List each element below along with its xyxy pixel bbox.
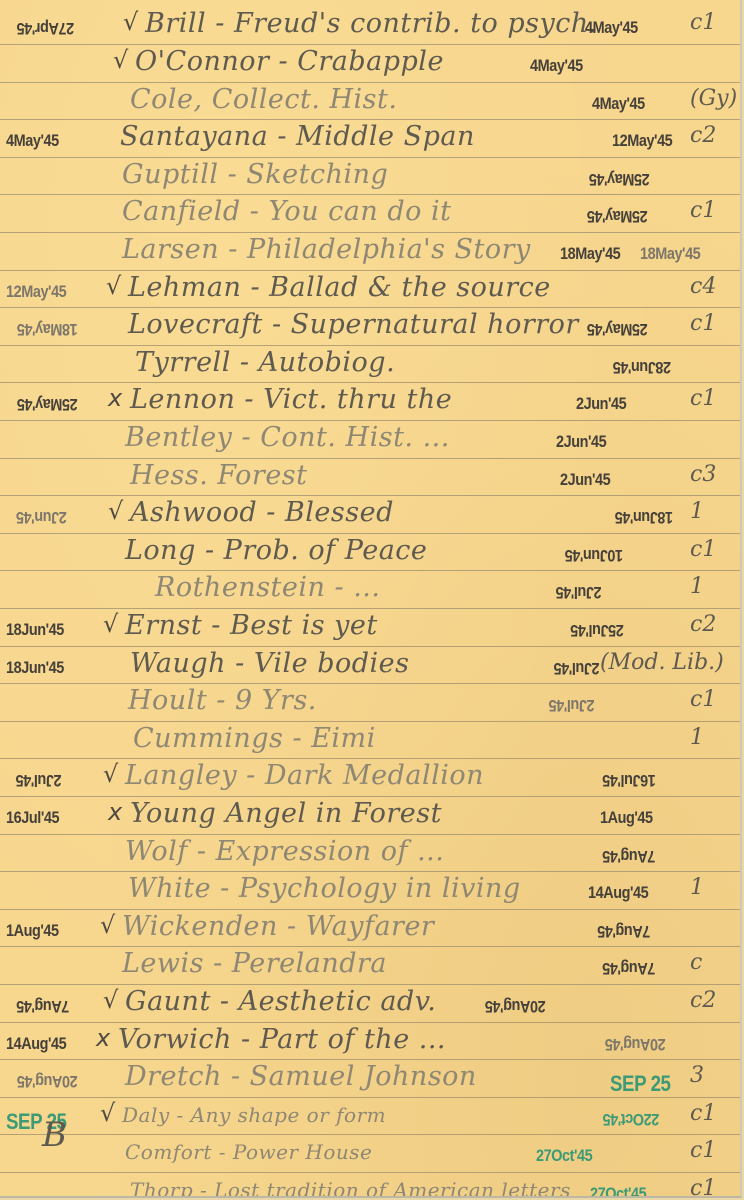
ruled-line: [0, 758, 740, 759]
ruled-line: [0, 345, 740, 346]
ruled-line: [0, 1172, 740, 1173]
date-stamp-right: 16Jul'45: [603, 770, 656, 790]
ruled-line: [0, 796, 740, 797]
ledger-entry: O'Connor - Crabapple: [135, 46, 444, 77]
ledger-entry: Vorwich - Part of the ...: [118, 1024, 446, 1055]
date-stamp-right: 25May'45: [589, 169, 649, 189]
entry-suffix: 1: [690, 499, 704, 524]
ledger-entry: Hess. Forest: [130, 460, 308, 491]
date-stamp-right: 2Jun'45: [560, 470, 610, 490]
ledger-entry: Santayana - Middle Span: [120, 121, 475, 152]
date-stamp-right: 18Jun'45: [615, 507, 673, 527]
ruled-line: [0, 533, 740, 534]
entry-suffix: c2: [690, 123, 716, 148]
date-stamp-right: 20Aug'45: [605, 1034, 665, 1054]
date-stamp-left: 25May'45: [17, 394, 77, 414]
ledger-entry: Wickenden - Wayfarer: [122, 911, 434, 942]
entry-suffix: c1: [690, 537, 716, 562]
date-stamp-right: 27Oct'45: [536, 1146, 592, 1166]
date-stamp-left: 2Jul'45: [16, 770, 61, 790]
entry-suffix: c: [690, 950, 702, 975]
ledger-entry: Cole, Collect. Hist.: [130, 84, 397, 115]
ledger-entry: Hoult - 9 Yrs.: [128, 685, 317, 716]
date-stamp-right: 2Jul'45: [556, 582, 601, 602]
date-stamp-left: 12May'45: [6, 282, 66, 302]
cross-mark-icon: x: [96, 1024, 110, 1052]
entry-suffix: c1: [690, 687, 716, 712]
ledger-entry: Lewis - Perelandra: [122, 948, 387, 979]
ledger-entry: Young Angel in Forest: [130, 798, 442, 829]
date-stamp-right: 10Jun'45: [565, 545, 623, 565]
ruled-line: [0, 871, 740, 872]
ruled-line: [0, 1134, 740, 1135]
ruled-line: [0, 495, 740, 496]
check-mark-icon: √: [103, 610, 118, 638]
ledger-entry: Brill - Freud's contrib. to psych.: [145, 8, 598, 39]
ruled-line: [0, 570, 740, 571]
ledger-entry: White - Psychology in living: [128, 873, 521, 904]
date-stamp-right: 4May'45: [530, 56, 583, 76]
date-stamp-left: 1Aug'45: [6, 921, 59, 941]
entry-suffix: 1: [690, 875, 704, 900]
date-stamp-left: 20Aug'45: [17, 1071, 77, 1091]
ruled-line: [0, 909, 740, 910]
entry-suffix: 3: [690, 1063, 704, 1088]
ledger-entry: Gaunt - Aesthetic adv.: [125, 986, 436, 1017]
check-mark-icon: √: [113, 46, 128, 74]
ledger-entry: Lehman - Ballad & the source: [128, 272, 551, 303]
date-stamp-right: 18May'45: [560, 244, 620, 264]
cross-mark-icon: x: [108, 798, 122, 826]
check-mark-icon: √: [106, 272, 121, 300]
entry-suffix: c3: [690, 462, 716, 487]
date-stamp-left: 18May'45: [17, 319, 77, 339]
ledger-entry: Lovecraft - Supernatural horror: [128, 309, 579, 340]
ruled-line: [0, 232, 740, 233]
ruled-line: [0, 458, 740, 459]
ledger-entry: Cummings - Eimi: [133, 723, 376, 754]
ledger-entry: Daly - Any shape or form: [122, 1103, 386, 1127]
date-stamp-right: 25May'45: [587, 206, 647, 226]
date-stamp-left: 7Aug'45: [17, 996, 70, 1016]
date-stamp-left: 2Jun'45: [16, 507, 66, 527]
date-stamp-left: 4May'45: [6, 131, 59, 151]
ruled-line: [0, 1059, 740, 1060]
ruled-line: [0, 382, 740, 383]
cross-mark-icon: x: [108, 384, 122, 412]
date-stamp-left: 18Jun'45: [6, 620, 64, 640]
ruled-line: [0, 420, 740, 421]
margin-note: B: [42, 1115, 67, 1155]
ledger-entry: Thorp - Lost tradition of American lette…: [130, 1178, 571, 1198]
ruled-line: [0, 946, 740, 947]
check-mark-icon: √: [100, 1099, 115, 1127]
ledger-entry: Guptill - Sketching: [122, 159, 388, 190]
entry-suffix: c1: [690, 386, 716, 411]
date-stamp-right: 7Aug'45: [598, 921, 651, 941]
date-stamp-right: 27Oct'45: [590, 1184, 646, 1198]
ledger-entry: Ernst - Best is yet: [125, 610, 378, 641]
entry-suffix: c1: [690, 1138, 716, 1163]
ledger-entry: Rothenstein - ...: [155, 572, 380, 603]
entry-suffix: c1: [690, 1101, 716, 1126]
date-stamp-right: 2Jul'45: [554, 658, 599, 678]
date-stamp-right: 2Jul'45: [549, 695, 594, 715]
entry-suffix: c2: [690, 988, 716, 1013]
ruled-line: [0, 44, 740, 45]
ruled-line: [0, 119, 740, 120]
date-stamp-right: 7Aug'45: [603, 958, 656, 978]
date-stamp-right: 4May'45: [585, 18, 638, 38]
ruled-line: [0, 984, 740, 985]
ledger-entry: Dretch - Samuel Johnson: [125, 1061, 477, 1092]
ruled-line: [0, 194, 740, 195]
date-stamp-right: 1Aug'45: [600, 808, 653, 828]
entry-suffix: c1: [690, 1176, 716, 1198]
ledger-entry: Long - Prob. of Peace: [125, 535, 427, 566]
date-stamp-right: 22Oct'45: [603, 1109, 659, 1129]
ledger-entry: Lennon - Vict. thru the: [130, 384, 452, 415]
date-stamp-right: 20Aug'45: [485, 996, 545, 1016]
ledger-entry: Comfort - Power House: [125, 1140, 372, 1164]
date-stamp-right: 4May'45: [592, 94, 645, 114]
ruled-line: [0, 270, 740, 271]
entry-suffix: c2: [690, 612, 716, 637]
ledger-entry: Langley - Dark Medallion: [125, 760, 484, 791]
entry-suffix: c1: [690, 10, 716, 35]
ruled-line: [0, 608, 740, 609]
ledger-entry: Waugh - Vile bodies: [130, 648, 410, 679]
ruled-line: [0, 307, 740, 308]
check-mark-icon: √: [100, 911, 115, 939]
ruled-line: [0, 646, 740, 647]
date-stamp-left: 14Aug'45: [6, 1034, 66, 1054]
ledger-entry: Canfield - You can do it: [122, 196, 451, 227]
date-stamp-right: 28Jun'45: [613, 357, 671, 377]
ledger-entry: Ashwood - Blessed: [130, 497, 394, 528]
entry-suffix: c1: [690, 311, 716, 336]
check-mark-icon: √: [123, 8, 138, 36]
ruled-line: [0, 157, 740, 158]
ledger-entry: Larsen - Philadelphia's Story: [122, 234, 531, 265]
ledger-entry: Bentley - Cont. Hist. ...: [125, 422, 450, 453]
entry-suffix: 1: [690, 725, 704, 750]
date-stamp-right: 25May'45: [587, 319, 647, 339]
ruled-line: [0, 1022, 740, 1023]
entry-suffix: c1: [690, 198, 716, 223]
date-stamp-left: 27Apr'45: [17, 18, 74, 38]
date-stamp-right: 7Aug'45: [603, 846, 656, 866]
check-mark-icon: √: [103, 986, 118, 1014]
ledger-card: √Brill - Freud's contrib. to psych.c1√O'…: [0, 0, 742, 1198]
date-stamp-right: 18May'45: [640, 244, 700, 264]
entry-suffix: (Mod. Lib.): [600, 650, 724, 675]
ledger-entry: Wolf - Expression of ...: [125, 836, 444, 867]
ledger-entry: Tyrrell - Autobiog.: [135, 347, 395, 378]
ruled-line: [0, 1097, 740, 1098]
ruled-line: [0, 82, 740, 83]
date-stamp-right: 14Aug'45: [588, 883, 648, 903]
date-stamp-right: 2Jun'45: [576, 394, 626, 414]
date-stamp-right: SEP 25: [610, 1071, 671, 1097]
entry-suffix: (Gy): [690, 86, 737, 111]
ruled-line: [0, 683, 740, 684]
ruled-line: [0, 834, 740, 835]
ruled-line: [0, 721, 740, 722]
entry-suffix: 1: [690, 574, 704, 599]
date-stamp-right: 12May'45: [612, 131, 672, 151]
check-mark-icon: √: [108, 497, 123, 525]
date-stamp-left: 18Jun'45: [6, 658, 64, 678]
check-mark-icon: √: [103, 760, 118, 788]
date-stamp-right: 2Jun'45: [556, 432, 606, 452]
date-stamp-left: 16Jul'45: [6, 808, 59, 828]
date-stamp-right: 25Jul'45: [571, 620, 624, 640]
entry-suffix: c4: [690, 274, 716, 299]
